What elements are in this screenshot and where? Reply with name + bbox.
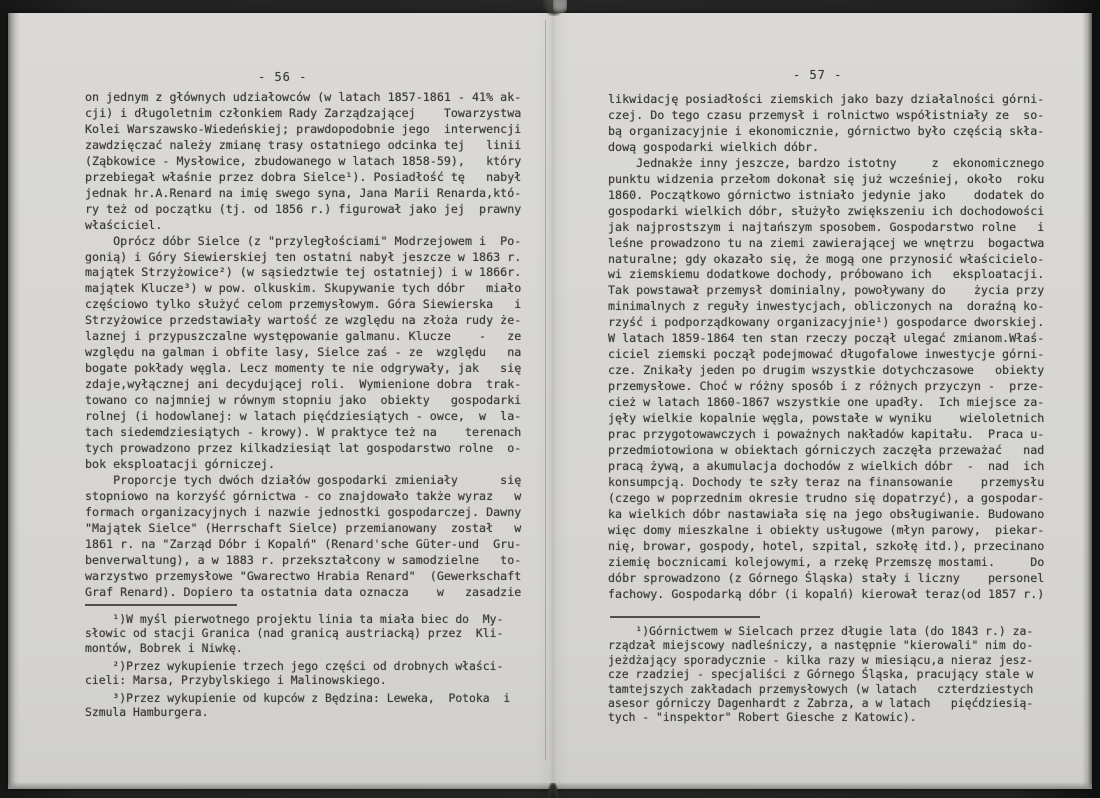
binding-clip-top <box>553 0 567 13</box>
page-edge-stack-left <box>8 13 20 789</box>
left-page-footnote-3: ³)Przez wykupienie od kupców z Będzina: … <box>85 691 510 720</box>
page-edge-stack-right <box>1082 13 1092 789</box>
left-page-footnote-1: ¹)W myśl pierwotnego projektu linia ta m… <box>85 612 503 655</box>
left-page-number: - 56 - <box>258 70 307 84</box>
right-page-number: - 57 - <box>793 68 842 82</box>
binding-notch-bottom <box>548 783 558 798</box>
left-page-footnote-rule <box>85 604 237 606</box>
right-page-footnote-rule <box>610 616 760 618</box>
right-page-body-text: likwidację posiadłości ziemskich jako ba… <box>608 92 1044 603</box>
book-gutter-crease <box>545 20 546 760</box>
right-page-footnote-1: ¹)Górnictwem w Sielcach przez długie lat… <box>608 624 1033 725</box>
left-page-footnote-2: ²)Przez wykupienie trzech jego części od… <box>85 659 503 688</box>
book-gutter-shadow <box>536 0 570 798</box>
left-page-body-text: on jednym z głównych udziałowców (w lata… <box>85 90 521 601</box>
